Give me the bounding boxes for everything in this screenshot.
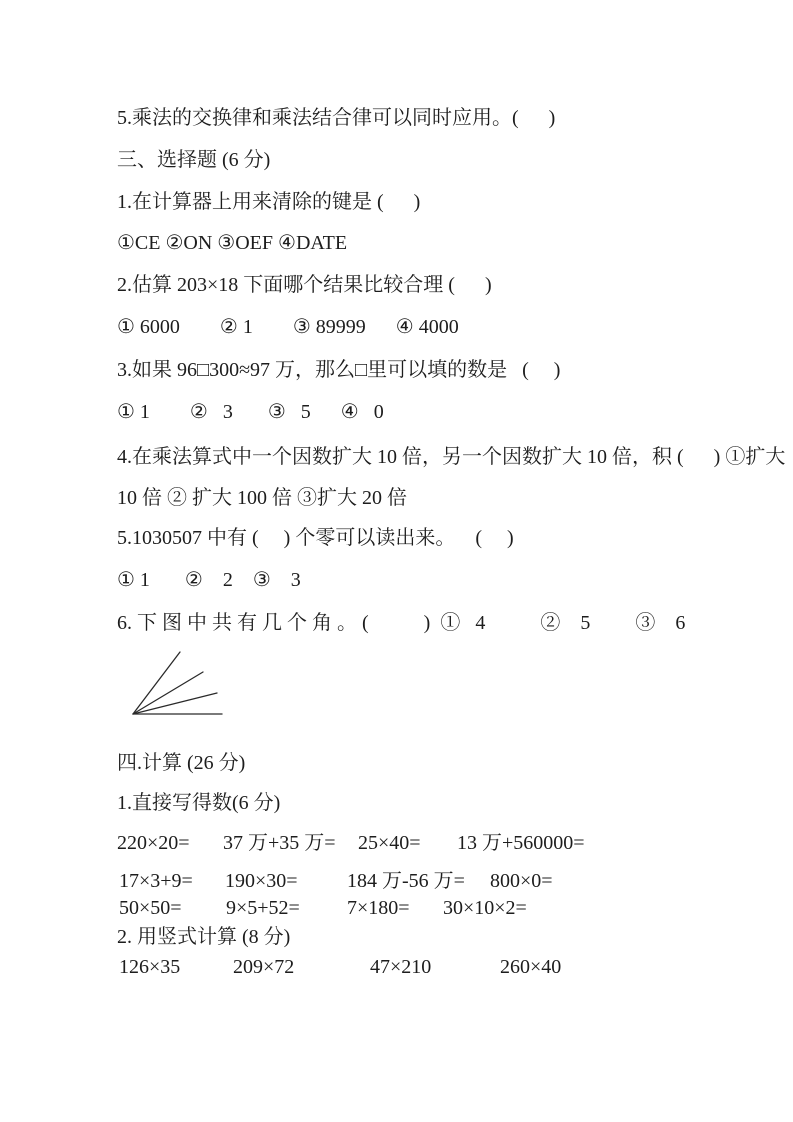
- mental-math-cell: 190×30=: [225, 869, 298, 894]
- mental-math-cell: 800×0=: [490, 869, 553, 894]
- choice-q2-options: ① 6000 ② 1 ③ 89999 ④ 4000: [117, 315, 459, 340]
- choice-q4-text-line1: 4.在乘法算式中一个因数扩大 10 倍，另一个因数扩大 10 倍，积 ( ) ①…: [117, 445, 785, 470]
- section-4-heading: 四.计算 (26 分): [117, 751, 245, 776]
- mental-math-cell: 25×40=: [358, 831, 421, 856]
- vertical-calc-cell: 209×72: [233, 955, 294, 980]
- choice-q1-options: ①CE ②ON ③OEF ④DATE: [117, 231, 347, 256]
- choice-q2-text: 2.估算 203×18 下面哪个结果比较合理 ( ): [117, 273, 492, 298]
- mental-math-cell: 184 万-56 万=: [347, 869, 465, 894]
- angle-diagram: [112, 640, 242, 730]
- choice-q6-text: 6. 下 图 中 共 有 几 个 角 。 ( ) ① 4 ② 5 ③ 6: [117, 611, 685, 636]
- calc-sub2-heading: 2. 用竖式计算 (8 分): [117, 925, 290, 950]
- mental-math-cell: 220×20=: [117, 831, 190, 856]
- vertical-calc-cell: 47×210: [370, 955, 431, 980]
- mental-math-cell: 17×3+9=: [119, 869, 193, 894]
- vertical-calc-cell: 260×40: [500, 955, 561, 980]
- choice-q5-text: 5.1030507 中有 ( ) 个零可以读出来。 ( ): [117, 526, 514, 551]
- choice-q3-options: ① 1 ② 3 ③ 5 ④ 0: [117, 400, 384, 425]
- choice-q1-text: 1.在计算器上用来清除的键是 ( ): [117, 190, 420, 215]
- mental-math-cell: 9×5+52=: [226, 896, 300, 921]
- mental-math-cell: 7×180=: [347, 896, 410, 921]
- choice-q3-text: 3.如果 96□300≈97 万，那么□里可以填的数是 ( ): [117, 358, 560, 383]
- vertical-calc-cell: 126×35: [119, 955, 180, 980]
- section-3-heading: 三、选择题 (6 分): [117, 148, 270, 173]
- choice-q5-options: ① 1 ② 2 ③ 3: [117, 568, 301, 593]
- calc-sub1-heading: 1.直接写得数(6 分): [117, 791, 280, 816]
- choice-q4-text-line2: 10 倍 ② 扩大 100 倍 ③扩大 20 倍: [117, 486, 407, 511]
- mental-math-cell: 30×10×2=: [443, 896, 527, 921]
- mental-math-cell: 13 万+560000=: [457, 831, 585, 856]
- judge-item-5: 5.乘法的交换律和乘法结合律可以同时应用。( ): [117, 106, 555, 131]
- test-paper-page: 5.乘法的交换律和乘法结合律可以同时应用。( ) 三、选择题 (6 分) 1.在…: [0, 0, 793, 1122]
- mental-math-cell: 37 万+35 万=: [223, 831, 336, 856]
- mental-math-cell: 50×50=: [119, 896, 182, 921]
